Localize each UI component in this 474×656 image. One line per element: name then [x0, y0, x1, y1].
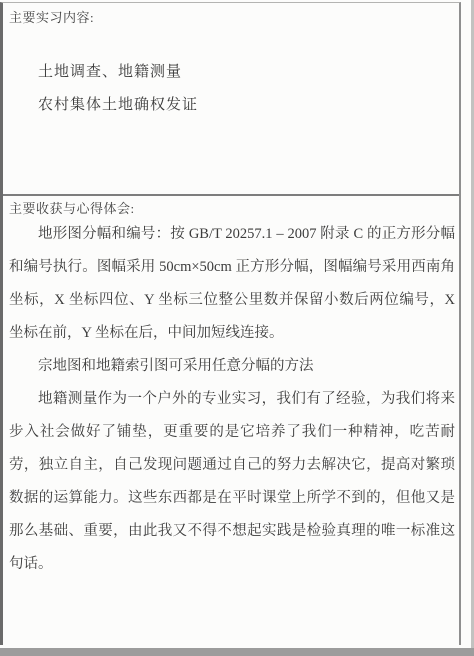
- scanned-document-page: 主要实习内容: 土地调查、地籍测量 农村集体土地确权发证 主要收获与心得体会: …: [0, 0, 474, 656]
- paragraph-map-sheet-numbering: 地形图分幅和编号：按 GB/T 20257.1 – 2007 附录 C 的正方形…: [3, 218, 459, 350]
- scan-bottom-edge: [0, 648, 474, 656]
- paragraph-reflection: 地籍测量作为一个户外的专业实习，我们有了经验，为我们将来步入社会做好了铺垫，更重…: [3, 383, 459, 581]
- report-form-table: 主要实习内容: 土地调查、地籍测量 农村集体土地确权发证 主要收获与心得体会: …: [0, 2, 461, 645]
- paragraph-parcel-map: 宗地图和地籍索引图可采用任意分幅的方法: [3, 350, 459, 383]
- internship-content-label: 主要实习内容:: [3, 3, 459, 26]
- internship-content-item: 农村集体土地确权发证: [9, 89, 455, 122]
- gains-reflections-label: 主要收获与心得体会:: [3, 196, 459, 217]
- section-internship-content: 主要实习内容: 土地调查、地籍测量 农村集体土地确权发证: [3, 3, 459, 196]
- internship-content-item: 土地调查、地籍测量: [9, 56, 455, 89]
- section-gains-reflections: 主要收获与心得体会: 地形图分幅和编号：按 GB/T 20257.1 – 200…: [3, 196, 459, 643]
